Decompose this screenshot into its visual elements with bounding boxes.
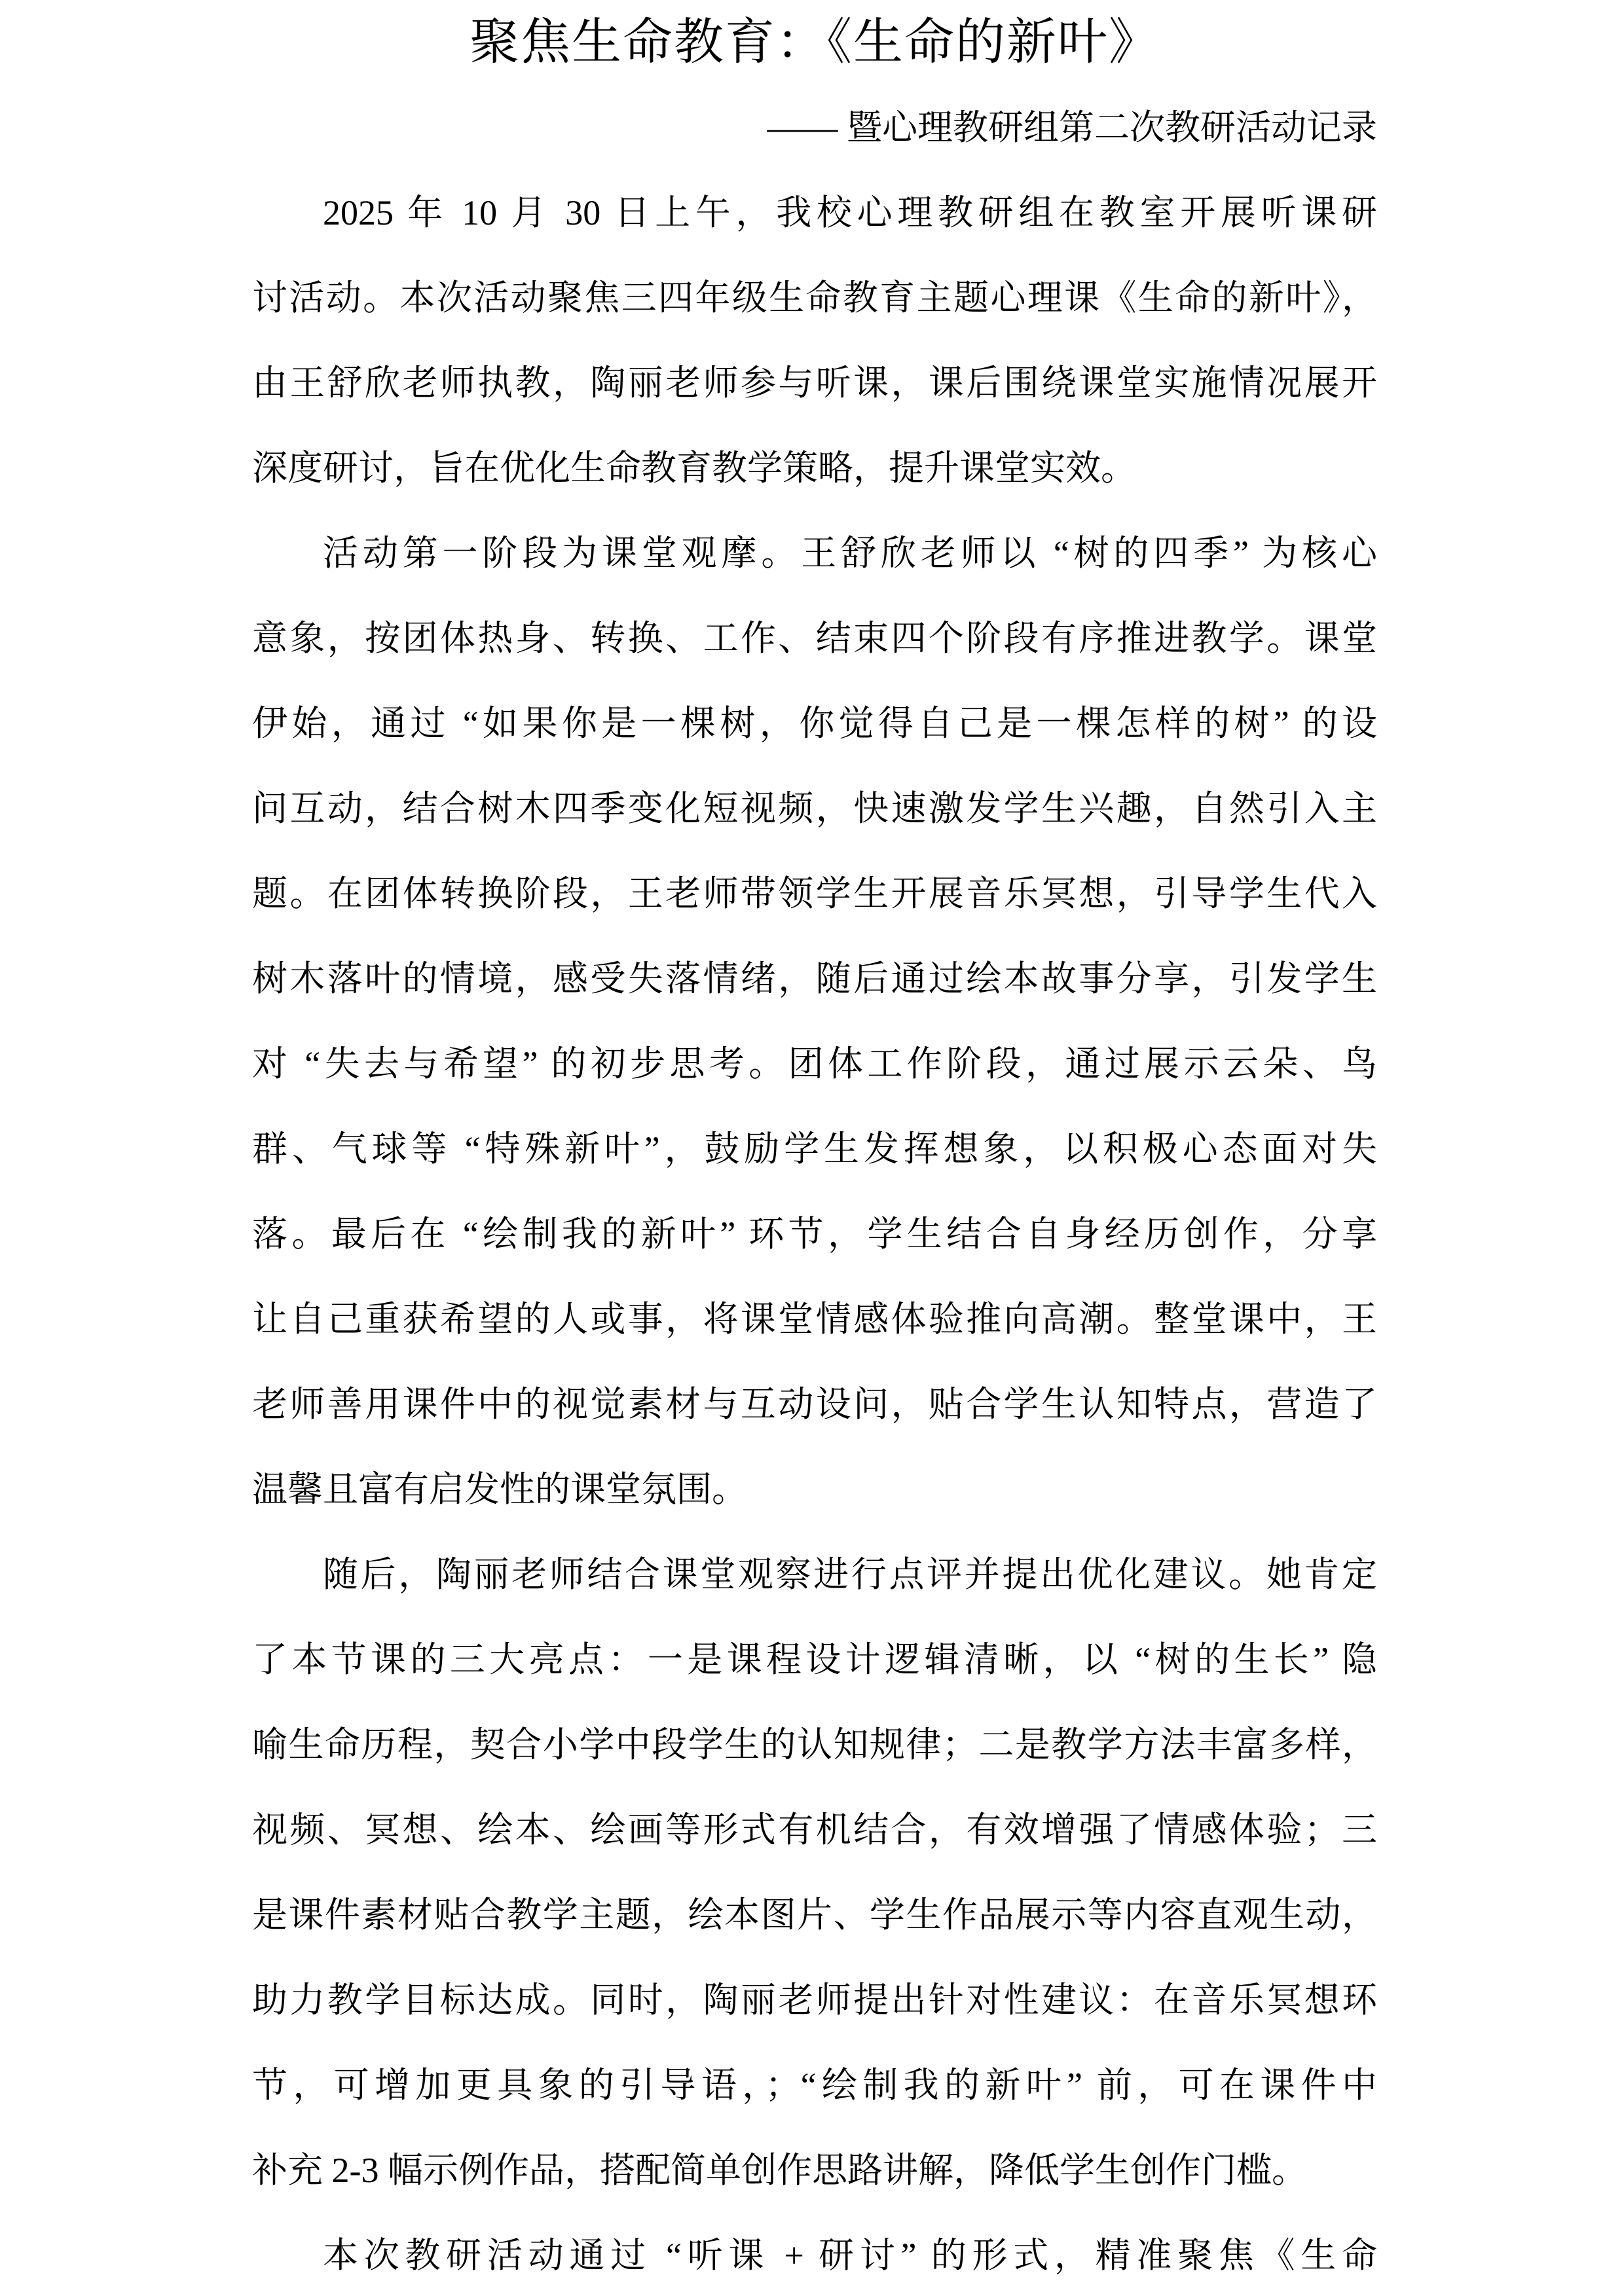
body-line: 由王舒欣老师执教，陶丽老师参与听课，课后围绕课堂实施情况展开 <box>252 340 1377 426</box>
body-line: 本次教研活动通过 “听课 + 研讨” 的形式，精准聚焦《生命 <box>252 2213 1377 2296</box>
body-line: 喻生命历程，契合小学中段学生的认知规律；二是教学方法丰富多样， <box>252 1702 1377 1787</box>
body-line: 讨活动。本次活动聚焦三四年级生命教育主题心理课《生命的新叶》， <box>252 255 1377 340</box>
body-line: 助力教学目标达成。同时，陶丽老师提出针对性建议：在音乐冥想环 <box>252 1958 1377 2043</box>
body-line: 树木落叶的情境，感受失落情绪，随后通过绘本故事分享，引发学生 <box>252 936 1377 1021</box>
body-line: 节，可增加更具象的引导语，；“绘制我的新叶” 前，可在课件中 <box>252 2043 1377 2128</box>
body-line: 补充 2-3 幅示例作品，搭配简单创作思路讲解，降低学生创作门槛。 <box>252 2128 1377 2213</box>
document-page: 聚焦生命教育：《生命的新叶》 —— 暨心理教研组第二次教研活动记录 2025 年… <box>0 0 1624 2296</box>
body-line: 2025 年 10 月 30 日上午，我校心理教研组在教室开展听课研 <box>252 170 1377 255</box>
body-line: 温馨且富有启发性的课堂氛围。 <box>252 1447 1377 1532</box>
body-line: 视频、冥想、绘本、绘画等形式有机结合，有效增强了情感体验；三 <box>252 1787 1377 1872</box>
body-line: 对 “失去与希望” 的初步思考。团体工作阶段，通过展示云朵、鸟 <box>252 1021 1377 1106</box>
body-line: 深度研讨，旨在优化生命教育教学策略，提升课堂实效。 <box>252 426 1377 511</box>
body-line: 随后，陶丽老师结合课堂观察进行点评并提出优化建议。她肯定 <box>252 1532 1377 1617</box>
body-line: 是课件素材贴合教学主题，绘本图片、学生作品展示等内容直观生动， <box>252 1872 1377 1958</box>
doc-subtitle: —— 暨心理教研组第二次教研活动记录 <box>252 85 1377 170</box>
doc-title: 聚焦生命教育：《生命的新叶》 <box>252 0 1377 85</box>
body-line: 问互动，结合树木四季变化短视频，快速激发学生兴趣，自然引入主 <box>252 766 1377 851</box>
body-line: 群、气球等 “特殊新叶”，鼓励学生发挥想象，以积极心态面对失 <box>252 1106 1377 1192</box>
body-line: 伊始，通过 “如果你是一棵树，你觉得自己是一棵怎样的树” 的设 <box>252 681 1377 766</box>
body-line: 落。最后在 “绘制我的新叶” 环节，学生结合自身经历创作，分享 <box>252 1192 1377 1277</box>
body-line: 活动第一阶段为课堂观摩。王舒欣老师以 “树的四季” 为核心 <box>252 511 1377 596</box>
body-line: 让自己重获希望的人或事，将课堂情感体验推向高潮。整堂课中，王 <box>252 1277 1377 1362</box>
body-line: 意象，按团体热身、转换、工作、结束四个阶段有序推进教学。课堂 <box>252 596 1377 681</box>
body-line: 老师善用课件中的视觉素材与互动设问，贴合学生认知特点，营造了 <box>252 1362 1377 1447</box>
body-line: 了本节课的三大亮点：一是课程设计逻辑清晰，以 “树的生长” 隐 <box>252 1617 1377 1702</box>
body-line: 题。在团体转换阶段，王老师带领学生开展音乐冥想，引导学生代入 <box>252 851 1377 936</box>
doc-body: 2025 年 10 月 30 日上午，我校心理教研组在教室开展听课研讨活动。本次… <box>252 170 1377 2296</box>
